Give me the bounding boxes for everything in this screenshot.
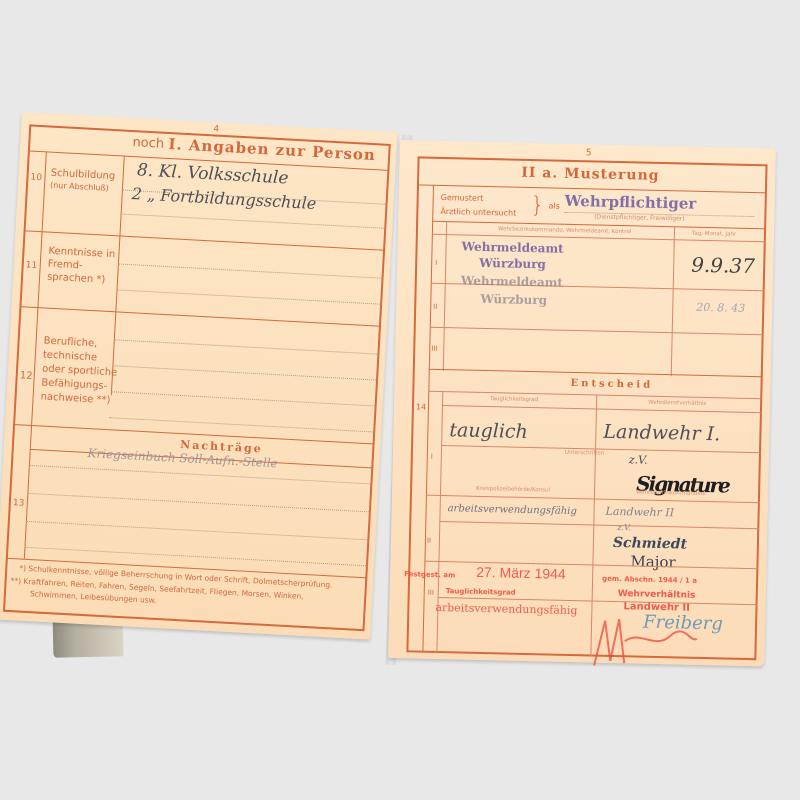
row-number: 12	[19, 370, 32, 382]
zv-note: z.V.	[617, 523, 631, 532]
date-stamp: 27. März 1944	[476, 564, 566, 582]
tauglichkeit-value: tauglich	[449, 419, 528, 443]
brace: }	[530, 193, 545, 219]
right-page: 5 II a. Musterung Gemustert Ärztlich unt…	[388, 140, 776, 666]
wehrpflichtiger-stamp: Wehrpflichtiger	[564, 192, 696, 213]
row-number: 10	[30, 173, 42, 184]
tauglichkeit-stamp-label: Tauglichkeitsgrad	[446, 587, 516, 597]
row-label: Fremd-	[47, 259, 82, 272]
verhaeltnis-stamp-label: Wehrverhältnis	[618, 589, 696, 601]
gemustert-label: Gemustert	[441, 193, 484, 203]
unterschriften-label: Unterschriften	[565, 450, 604, 457]
untersucht-label: Ärztlich untersucht	[440, 207, 516, 218]
roman-numeral: II	[433, 303, 437, 311]
roman-numeral: II	[427, 537, 431, 545]
rank-stamp: Major	[630, 553, 676, 571]
row-number: 13	[13, 498, 25, 509]
festgestellt-stamp: Festgest. am	[404, 570, 455, 579]
office-stamp: Wehrmeldeamt	[461, 273, 563, 289]
tauglichkeit-header: Tauglichkeitsgrad	[490, 396, 538, 403]
roman-numeral: III	[428, 589, 434, 597]
row-number: 14	[416, 402, 426, 411]
musterung-date: 20. 8. 43	[696, 301, 745, 315]
wehrpass-photo: 4 noch I. Angaben zur Person 10 Schulbil…	[0, 0, 800, 800]
verhaeltnis-value: Landwehr II	[605, 505, 674, 520]
red-crayon-mark	[584, 610, 705, 673]
date-header: Tag, Monat, Jahr	[692, 231, 736, 238]
page-number: 5	[586, 148, 592, 158]
roman-numeral: I	[435, 259, 437, 267]
page-title: II a. Musterung	[521, 165, 660, 184]
zv-note: z.V.	[629, 453, 648, 466]
title-prefix: noch	[132, 136, 164, 153]
verhaeltnis-value: Landwehr I.	[603, 421, 720, 446]
roman-numeral: I	[431, 453, 433, 461]
office-stamp: Würzburg	[480, 292, 547, 308]
musterung-date: 9.9.37	[691, 253, 755, 278]
left-page: 4 noch I. Angaben zur Person 10 Schulbil…	[0, 112, 397, 640]
row-number: 11	[25, 260, 37, 271]
roman-numeral: III	[431, 345, 437, 353]
verhaeltnis-header: Wehrdienstverhältnis	[648, 400, 706, 408]
office-stamp: Würzburg	[479, 256, 546, 272]
als-label: als	[548, 201, 560, 210]
entscheid-heading: Entscheid	[570, 378, 653, 391]
office-stamp: Wehrmeldeamt	[461, 239, 563, 255]
signature: Schmiedt	[613, 535, 687, 553]
